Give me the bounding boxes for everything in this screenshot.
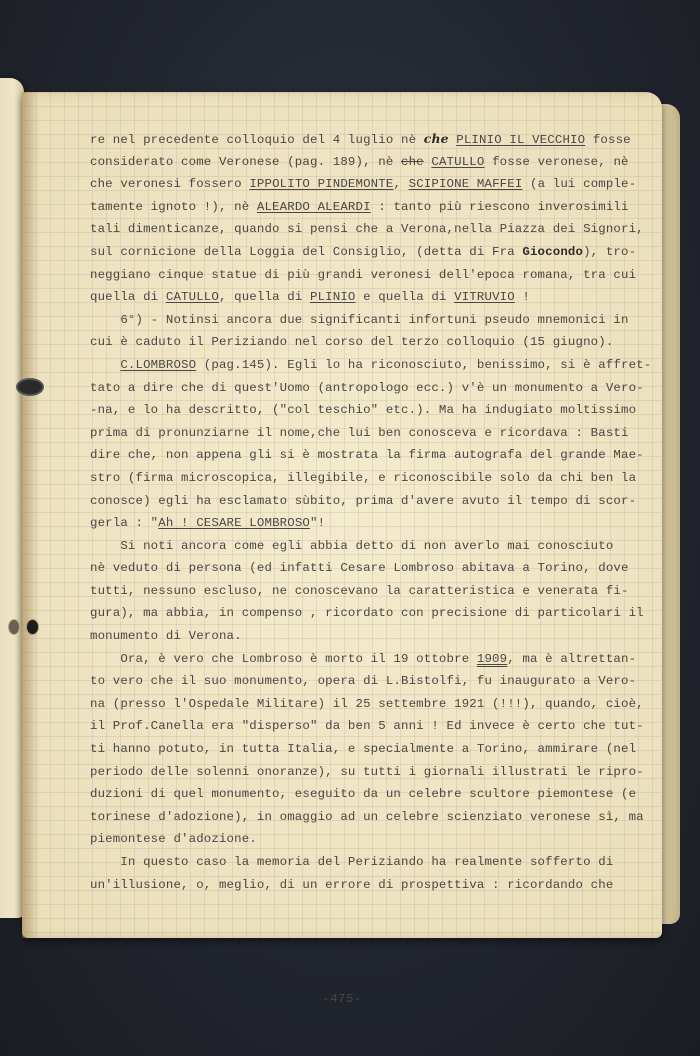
marked-text: ALEARDO ALEARDI [257,200,371,214]
marked-text: VITRUVIO [454,290,515,304]
text-line: considerato come Veronese (pag. 189), nè… [90,151,650,174]
text-run: neggiano cinque statue di più grandi ver… [90,268,636,282]
text-run: : tanto più riescono inverosimili [371,200,629,214]
text-run: tamente ignoto !), nè [90,200,257,214]
left-page-edge [0,78,24,918]
text-run: duzioni di quel monumento, eseguito da u… [90,787,636,801]
marked-text: CATULLO [431,155,484,169]
text-run: tutti, nessuno escluso, ne conoscevano l… [90,584,629,598]
text-line: to vero che il suo monumento, opera di L… [90,670,650,693]
text-run: quella di [90,290,166,304]
text-run: gerla : " [90,516,158,530]
spine-shadow [22,92,38,938]
text-line: monumento di Verona. [90,625,650,648]
text-run: conosce) egli ha esclamato sùbito, prima… [90,494,636,508]
text-run: to vero che il suo monumento, opera di L… [90,674,636,688]
text-run: -na, e lo ha descritto, ("col teschio" e… [90,403,636,417]
text-line: 6°) - Notinsi ancora due significanti in… [90,309,650,332]
text-run: considerato come Veronese (pag. 189), nè [90,155,401,169]
text-line: neggiano cinque statue di più grandi ver… [90,264,650,287]
text-line: che veronesi fossero IPPOLITO PINDEMONTE… [90,173,650,196]
text-run: stro (firma microscopica, illegibile, e … [90,471,636,485]
text-run: tato a dire che di quest'Uomo (antropolo… [90,381,644,395]
text-line: prima di pronunziarne il nome,che lui be… [90,422,650,445]
text-line: duzioni di quel monumento, eseguito da u… [90,783,650,806]
text-run: , [393,177,408,191]
text-run: fosse veronese, nè [484,155,628,169]
binder-ring [16,378,44,396]
text-run: Si noti ancora come egli abbia detto di … [90,539,613,553]
handwritten-correction: che [424,131,449,146]
text-line: conosce) egli ha esclamato sùbito, prima… [90,490,650,513]
text-run: , quella di [219,290,310,304]
text-line: C.LOMBROSO (pag.145). Egli lo ha riconos… [90,354,650,377]
text-line: In questo caso la memoria del Periziando… [90,851,650,874]
text-line: gura), ma abbia, in compenso , ricordato… [90,602,650,625]
text-line: un'illusione, o, meglio, di un errore di… [90,874,650,897]
text-run: na (presso l'Ospedale Militare) il 25 se… [90,697,644,711]
text-run: , ma è altrettan- [507,652,636,666]
text-run: 6°) - Notinsi ancora due significanti in… [90,313,629,327]
marked-text: C.LOMBROSO [120,358,196,372]
marked-text: PLINIO IL VECCHIO [456,133,585,147]
text-line: na (presso l'Ospedale Militare) il 25 se… [90,693,650,716]
text-run: "! [310,516,325,530]
text-run: ), tro- [583,245,636,259]
text-run: nè veduto di persona (ed infatti Cesare … [90,561,629,575]
text-line: il Prof.Canella era "disperso" da ben 5 … [90,715,650,738]
text-line: gerla : "Ah ! CESARE LOMBROSO"! [90,512,650,535]
text-run: Ora, è vero che Lombroso è morto il 19 o… [90,652,477,666]
marked-text: 1909 [477,652,507,666]
page-number: -475- [22,992,662,1006]
text-run: monumento di Verona. [90,629,242,643]
text-run: prima di pronunziarne il nome,che lui be… [90,426,629,440]
text-run: cui è caduto il Periziando nel corso del… [90,335,613,349]
text-run: re nel precedente colloquio del 4 luglio… [90,133,424,147]
text-run: periodo delle solenni onoranze), su tutt… [90,765,644,779]
document-body: re nel precedente colloquio del 4 luglio… [90,128,650,896]
text-run: che veronesi fossero [90,177,249,191]
text-run [90,358,120,372]
text-line: periodo delle solenni onoranze), su tutt… [90,761,650,784]
text-run: (pag.145). Egli lo ha riconosciuto, beni… [196,358,651,372]
text-line: -na, e lo ha descritto, ("col teschio" e… [90,399,650,422]
text-run: il Prof.Canella era "disperso" da ben 5 … [90,719,644,733]
text-line: ti hanno potuto, in tutta Italia, e spec… [90,738,650,761]
marked-text: SCIPIONE MAFFEI [409,177,523,191]
text-run: un'illusione, o, meglio, di un errore di… [90,878,613,892]
text-line: cui è caduto il Periziando nel corso del… [90,331,650,354]
text-line: piemontese d'adozione. [90,828,650,851]
text-run: torinese d'adozione), in omaggio ad un c… [90,810,644,824]
text-run: ! [515,290,530,304]
text-line: tali dimenticanze, quando si pensi che a… [90,218,650,241]
marked-text: CATULLO [166,290,219,304]
text-line: nè veduto di persona (ed infatti Cesare … [90,557,650,580]
text-run: In questo caso la memoria del Periziando… [90,855,613,869]
text-line: tamente ignoto !), nè ALEARDO ALEARDI : … [90,196,650,219]
text-line: stro (firma microscopica, illegibile, e … [90,467,650,490]
text-run: piemontese d'adozione. [90,832,257,846]
marked-text: IPPOLITO PINDEMONTE [249,177,393,191]
text-line: tato a dire che di quest'Uomo (antropolo… [90,377,650,400]
text-line: torinese d'adozione), in omaggio ad un c… [90,806,650,829]
text-run: tali dimenticanze, quando si pensi che a… [90,222,644,236]
text-run: dire che, non appena gli si è mostrata l… [90,448,644,462]
text-line: tutti, nessuno escluso, ne conoscevano l… [90,580,650,603]
marked-text: Ah ! CESARE LOMBROSO [158,516,310,530]
marked-text: che [401,155,424,169]
text-line: quella di CATULLO, quella di PLINIO e qu… [90,286,650,309]
text-line: Ora, è vero che Lombroso è morto il 19 o… [90,648,650,671]
text-run: e quella di [356,290,455,304]
text-run: sul cornicione della Loggia del Consigli… [90,245,522,259]
text-run: fosse [585,133,631,147]
text-line: dire che, non appena gli si è mostrata l… [90,444,650,467]
marked-text: PLINIO [310,290,356,304]
text-line: sul cornicione della Loggia del Consigli… [90,241,650,264]
text-run: (a lui comple- [522,177,636,191]
text-run: gura), ma abbia, in compenso , ricordato… [90,606,644,620]
text-line: re nel precedente colloquio del 4 luglio… [90,128,650,151]
text-line: Si noti ancora come egli abbia detto di … [90,535,650,558]
punch-hole-left [8,619,20,635]
marked-text: Giocondo [522,245,583,259]
text-run: ti hanno potuto, in tutta Italia, e spec… [90,742,636,756]
punch-hole-right [26,619,39,635]
